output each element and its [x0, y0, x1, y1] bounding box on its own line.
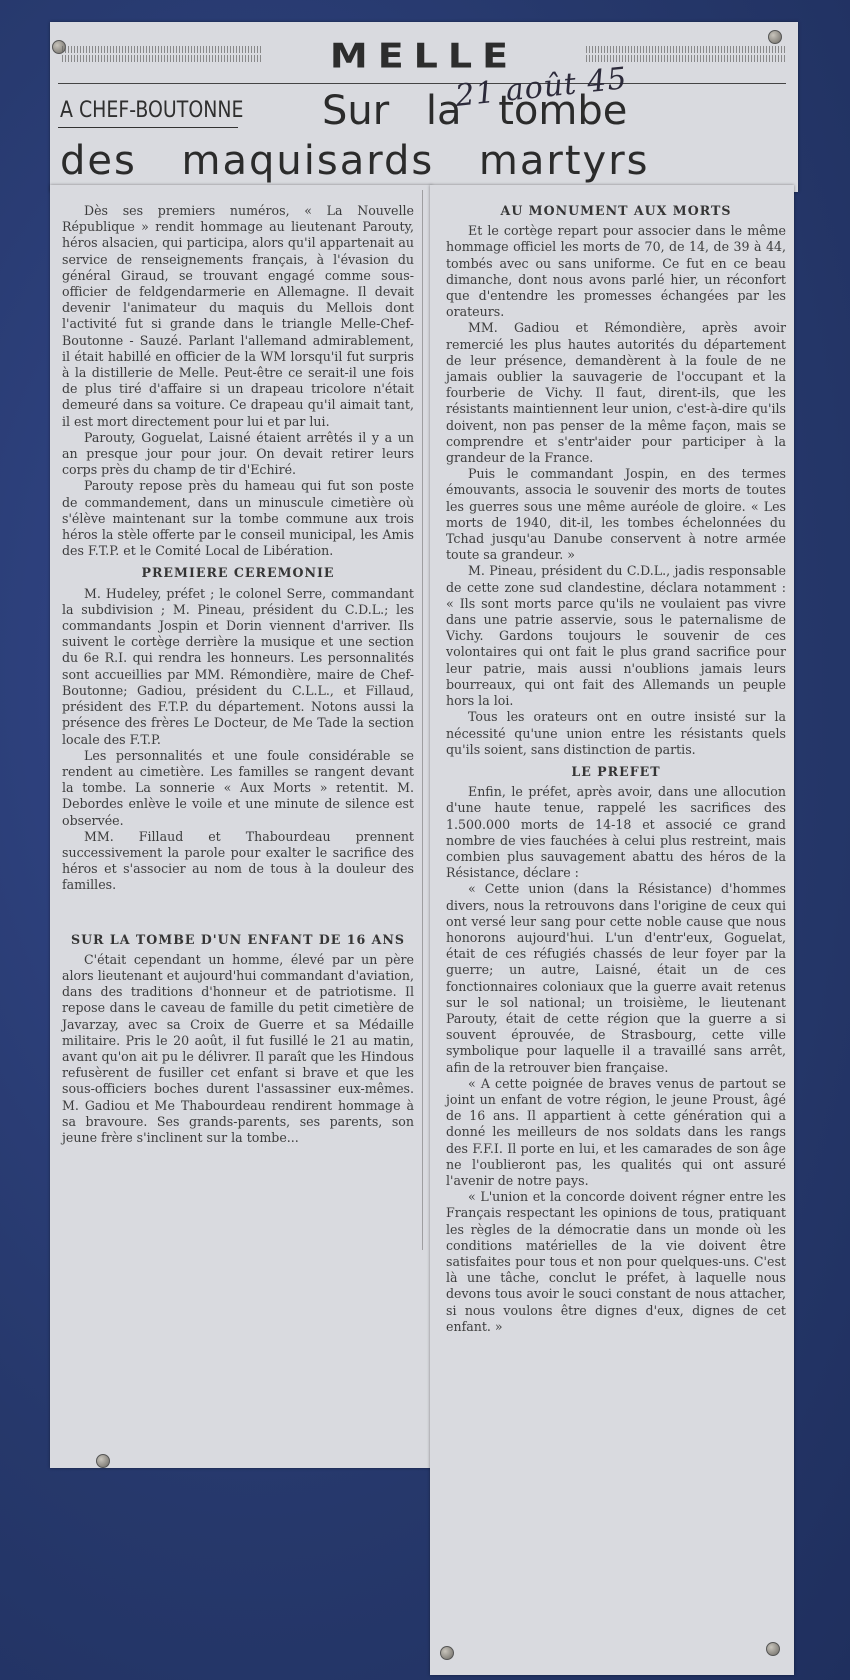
- paragraph: Parouty repose près du hameau qui fut so…: [62, 478, 414, 559]
- section-monument-aux-morts: Et le cortège repart pour associer dans …: [446, 223, 786, 758]
- pin-icon: [96, 1454, 110, 1468]
- masthead-ornament-right: [586, 46, 786, 62]
- section-le-prefet: Enfin, le préfet, après avoir, dans une …: [446, 784, 786, 1335]
- paragraph: « A cette poignée de braves venus de par…: [446, 1076, 786, 1189]
- paragraph: Et le cortège repart pour associer dans …: [446, 223, 786, 320]
- column-divider: [422, 190, 423, 1250]
- paragraph: Puis le commandant Jospin, en des termes…: [446, 466, 786, 563]
- section-tombe-enfant: C'était cependant un homme, élevé par un…: [62, 952, 414, 1146]
- paragraph: MM. Gadiou et Rémondière, après avoir re…: [446, 320, 786, 466]
- kicker-underline: [58, 127, 238, 128]
- subheading-le-prefet: LE PREFET: [446, 764, 786, 780]
- paragraph: « Cette union (dans la Résistance) d'hom…: [446, 881, 786, 1075]
- article-left-column: Dès ses premiers numéros, « La Nouvelle …: [62, 203, 414, 1146]
- subheading-tombe-enfant: SUR LA TOMBE D'UN ENFANT DE 16 ANS: [62, 932, 414, 948]
- headline-line-1: Sur la tombe: [322, 88, 627, 134]
- paragraph: MM. Fillaud et Thabourdeau prennent succ…: [62, 829, 414, 894]
- subheading-monument-aux-morts: AU MONUMENT AUX MORTS: [446, 203, 786, 219]
- paragraph: M. Pineau, président du C.D.L., jadis re…: [446, 563, 786, 709]
- pin-icon: [440, 1646, 454, 1660]
- subheading-premiere-ceremonie: PREMIERE CEREMONIE: [62, 565, 414, 581]
- section-premiere-ceremonie: M. Hudeley, préfet ; le colonel Serre, c…: [62, 586, 414, 894]
- headline-line-2: des maquisards martyrs: [60, 138, 650, 184]
- paragraph: M. Hudeley, préfet ; le colonel Serre, c…: [62, 586, 414, 748]
- location-kicker: A CHEF-BOUTONNE: [60, 98, 243, 123]
- paragraph: « L'union et la concorde doivent régner …: [446, 1189, 786, 1335]
- masthead: MELLE: [62, 38, 786, 72]
- paragraph: Les personnalités et une foule considéra…: [62, 748, 414, 829]
- paragraph: C'était cependant un homme, élevé par un…: [62, 952, 414, 1146]
- intro-section: Dès ses premiers numéros, « La Nouvelle …: [62, 203, 414, 559]
- paragraph: Tous les orateurs ont en outre insisté s…: [446, 709, 786, 758]
- article-right-column: AU MONUMENT AUX MORTS Et le cortège repa…: [446, 203, 786, 1335]
- header-divider: [58, 83, 786, 84]
- paragraph: Enfin, le préfet, après avoir, dans une …: [446, 784, 786, 881]
- pin-icon: [766, 1642, 780, 1656]
- paragraph: Dès ses premiers numéros, « La Nouvelle …: [62, 203, 414, 430]
- paragraph: Parouty, Goguelat, Laisné étaient arrêté…: [62, 430, 414, 479]
